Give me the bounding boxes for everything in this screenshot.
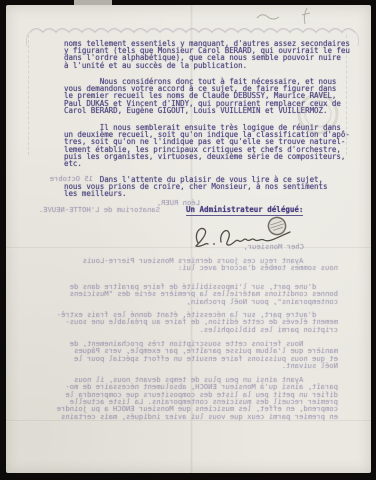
bleedthrough-paragraph-e: Ayant ainsi un peu plus de temps devant … (38, 376, 338, 420)
bleedthrough-paragraph-d: Nous ferions cette souscription très pro… (38, 340, 338, 369)
pencil-mark-check (300, 7, 312, 27)
typed-paragraph-4: Dans l'attente du plaisir de vous lire à… (64, 176, 327, 198)
bleedthrough-paragraph-c: d'autre part, sur la nécessité, étant do… (38, 311, 338, 333)
bleedthrough-recipient-address: Sanatorium de L'HOTTE-NEUVE. (32, 206, 160, 213)
pencil-mark-tilde (256, 11, 282, 23)
bleedthrough-paragraph-b: d'une part, sur l'impossibilité de faire… (38, 283, 338, 305)
scan-background: { "document": { "ink_color": "#4e4781", … (0, 0, 376, 480)
typed-paragraph-3: Il nous semblerait ensuite très logique … (64, 124, 350, 167)
typed-paragraph-2: Nous considérons donc tout à fait nécess… (64, 78, 341, 114)
bleedthrough-paragraph-a: Ayant reçu ces jours derniers Monsieur P… (38, 257, 338, 272)
ink-stamp (264, 213, 290, 239)
letter-page: 15 Octobre Léon RUER, Sanatorium de L'HO… (6, 5, 371, 473)
typed-paragraph-1: noms tellement essentiels y manquant, d'… (64, 40, 350, 69)
border-side-left (28, 35, 29, 155)
